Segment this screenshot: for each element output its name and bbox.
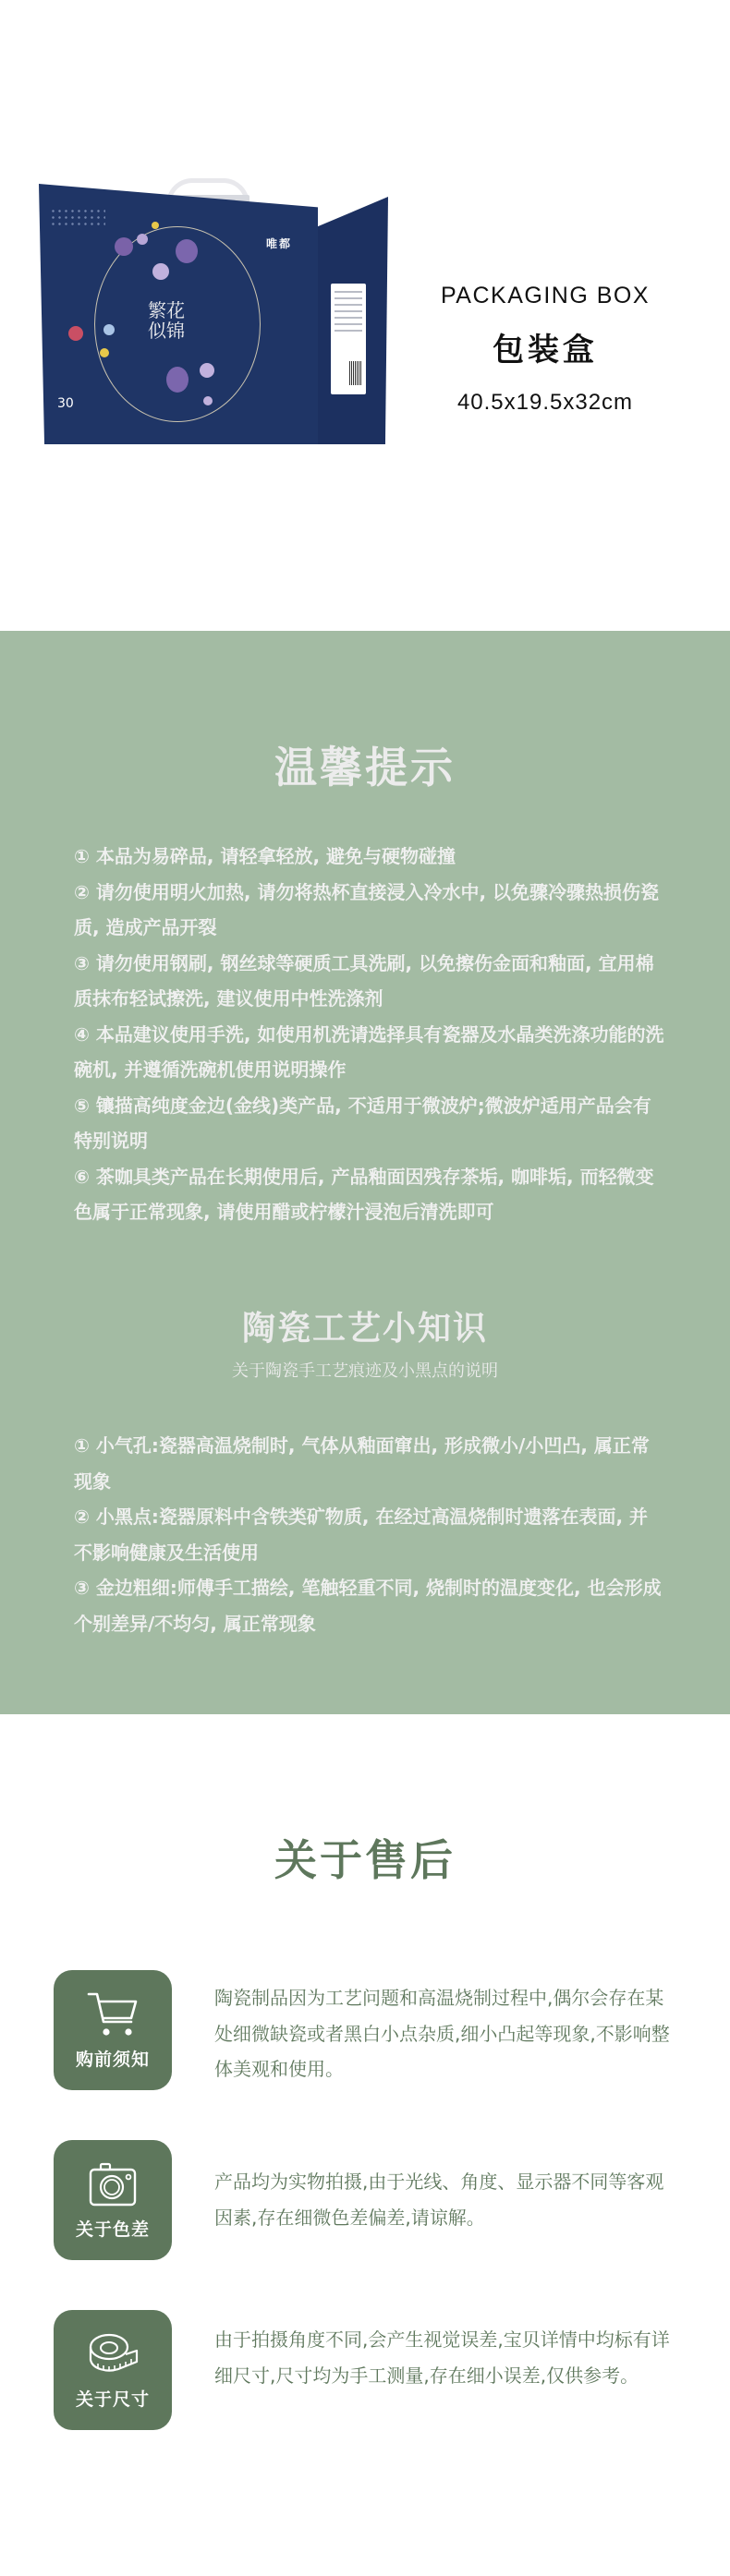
card-label: 购前须知 bbox=[54, 2048, 172, 2072]
packaging-title-en: PACKAGING BOX bbox=[407, 281, 684, 310]
flower-icon bbox=[103, 324, 115, 335]
tips-title: 温馨提示 bbox=[0, 742, 730, 793]
card-size: 关于尺寸 bbox=[54, 2310, 172, 2430]
craft-item: ② 小黑点:瓷器原料中含铁类矿物质, 在经过高温烧制时遗落在表面, 并不影响健康… bbox=[74, 1499, 665, 1570]
tip-item: ④ 本品建议使用手洗, 如使用机洗请选择具有瓷器及水晶类洗涤功能的洗碗机, 并遵… bbox=[74, 1017, 665, 1088]
box-count: 30 bbox=[57, 396, 74, 411]
craft-title: 陶瓷工艺小知识 bbox=[0, 1309, 730, 1349]
card-before-purchase: 购前须知 bbox=[54, 1970, 172, 2090]
flower-icon bbox=[200, 363, 214, 378]
tips-list: ① 本品为易碎品, 请轻拿轻放, 避免与硬物碰撞 ② 请勿使用明火加热, 请勿将… bbox=[74, 839, 665, 1230]
tip-item: ③ 请勿使用钢刷, 钢丝球等硬质工具洗刷, 以免擦伤金面和釉面, 宜用棉质抹布轻… bbox=[74, 946, 665, 1017]
cart-icon bbox=[85, 1989, 140, 2040]
after-sales-section: 关于售后 购前须知 陶瓷制品因为工艺问题和高温烧制过程中,偶尔会存在某处细微缺瓷… bbox=[0, 1714, 730, 2576]
barcode-icon bbox=[349, 361, 362, 385]
tip-item: ② 请勿使用明火加热, 请勿将热杯直接浸入冷水中, 以免骤冷骤热损伤瓷质, 造成… bbox=[74, 875, 665, 946]
tape-measure-icon bbox=[85, 2328, 140, 2380]
card-label: 关于尺寸 bbox=[54, 2388, 172, 2412]
card-description: 产品均为实物拍摄,由于光线、角度、显示器不同等客观因素,存在细微色差偏差,请谅解… bbox=[214, 2164, 681, 2235]
tip-item: ⑤ 镶描高纯度金边(金线)类产品, 不适用于微波炉;微波炉适用产品会有特别说明 bbox=[74, 1088, 665, 1159]
box-art-title: 繁花似锦 bbox=[148, 300, 189, 341]
care-tips-section: 温馨提示 ① 本品为易碎品, 请轻拿轻放, 避免与硬物碰撞 ② 请勿使用明火加热… bbox=[0, 631, 730, 1714]
camera-icon bbox=[85, 2159, 140, 2210]
flower-icon bbox=[137, 234, 148, 245]
packaging-section: 唯都 繁花似锦 30 PACKAGING BOX 包装盒 40.5x19.5x3… bbox=[0, 0, 730, 631]
flower-icon bbox=[100, 348, 109, 357]
flower-icon bbox=[166, 367, 189, 393]
tip-item: ⑥ 茶咖具类产品在长期使用后, 产品釉面因残存茶垢, 咖啡垢, 而轻微变色属于正… bbox=[74, 1159, 665, 1230]
craft-item: ① 小气孔:瓷器高温烧制时, 气体从釉面窜出, 形成微小/小凹凸, 属正常现象 bbox=[74, 1428, 665, 1499]
craft-subtitle: 关于陶瓷手工艺痕迹及小黑点的说明 bbox=[0, 1361, 730, 1383]
flower-icon bbox=[152, 263, 169, 280]
box-brand-logo: 唯都 bbox=[266, 236, 292, 251]
packaging-title-cn: 包装盒 bbox=[407, 332, 684, 369]
card-label: 关于色差 bbox=[54, 2218, 172, 2242]
decorative-dots bbox=[50, 208, 105, 226]
flower-icon bbox=[203, 396, 213, 405]
craft-list: ① 小气孔:瓷器高温烧制时, 气体从釉面窜出, 形成微小/小凹凸, 属正常现象 … bbox=[74, 1428, 665, 1641]
packaging-box-image: 唯都 繁花似锦 30 bbox=[28, 171, 388, 457]
flower-icon bbox=[152, 222, 159, 229]
card-color-difference: 关于色差 bbox=[54, 2140, 172, 2260]
flower-icon bbox=[115, 237, 133, 256]
flower-icon bbox=[68, 326, 83, 341]
card-description: 由于拍摄角度不同,会产生视觉误差,宝贝详情中均标有详细尺寸,尺寸均为手工测量,存… bbox=[214, 2322, 681, 2393]
after-sales-title: 关于售后 bbox=[0, 1834, 730, 1886]
craft-item: ③ 金边粗细:师傅手工描绘, 笔触轻重不同, 烧制时的温度变化, 也会形成个别差… bbox=[74, 1570, 665, 1641]
tip-item: ① 本品为易碎品, 请轻拿轻放, 避免与硬物碰撞 bbox=[74, 839, 665, 875]
flower-icon bbox=[176, 239, 198, 263]
packaging-dimensions: 40.5x19.5x32cm bbox=[407, 389, 684, 417]
card-description: 陶瓷制品因为工艺问题和高温烧制过程中,偶尔会存在某处细微缺瓷或者黑白小点杂质,细… bbox=[214, 1980, 681, 2087]
